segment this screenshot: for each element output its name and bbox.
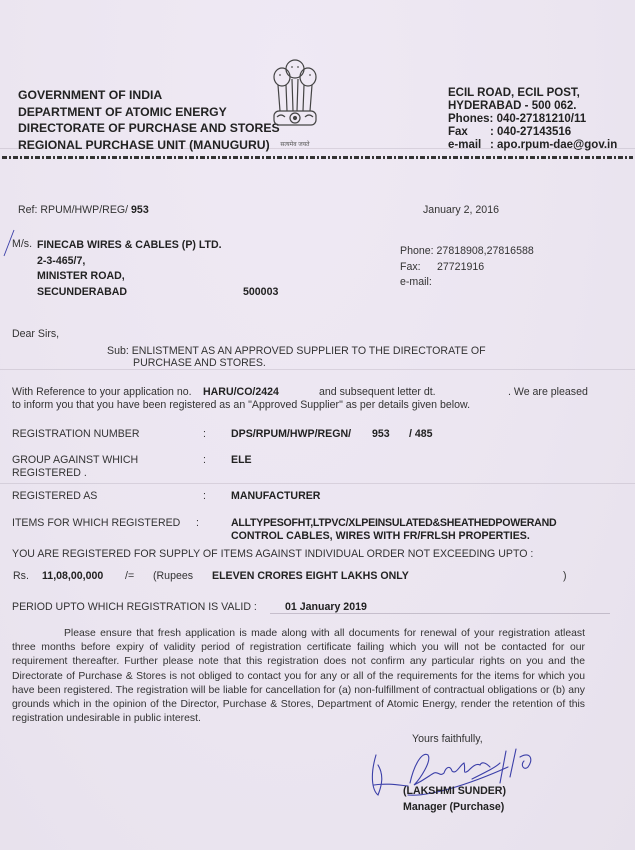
letterhead-divider [2, 156, 633, 159]
phone-value: 27818908,27816588 [437, 245, 534, 257]
org-line-3: DIRECTORATE OF PURCHASE AND STORES [18, 120, 280, 137]
detail-label-registration-number: REGISTRATION NUMBER [12, 428, 140, 440]
group-value: ELE [231, 454, 252, 466]
paper-fold [0, 369, 635, 370]
org-line-4: REGIONAL PURCHASE UNIT (MANUGURU) [18, 137, 280, 154]
ref-label: Ref: RPUM/HWP/REG/ [18, 204, 128, 216]
limit-amount: 11,08,00,000 [42, 570, 103, 582]
detail-colon: : [203, 454, 206, 466]
renewal-terms-paragraph: Please ensure that fresh application is … [12, 627, 585, 726]
fax-line: Fax: 040-27143516 [448, 126, 617, 139]
national-emblem-icon: सत्यमेव जयते [266, 55, 324, 145]
renewal-terms-text: Please ensure that fresh application is … [12, 628, 585, 724]
supply-limit-heading: YOU ARE REGISTERED FOR SUPPLY OF ITEMS A… [12, 548, 533, 560]
registration-number-middle: 953 [372, 428, 390, 440]
application-number: HARU/CO/2424 [203, 386, 279, 398]
recipient-address-2: MINISTER ROAD, [37, 269, 222, 285]
recipient-contact-block: Phone: 27818908,27816588 Fax:27721916 e-… [400, 244, 534, 291]
email-label: e-mail [448, 139, 490, 152]
fax-label: Fax [448, 126, 490, 139]
registered-as-value: MANUFACTURER [231, 490, 320, 502]
valediction: Yours faithfully, [412, 733, 483, 745]
limit-amount-words: ELEVEN CRORES EIGHT LAKHS ONLY [212, 570, 409, 582]
detail-label-items: ITEMS FOR WHICH REGISTERED [12, 517, 180, 529]
recipient-city: SECUNDERABAD [37, 285, 222, 301]
intro-text-2: and subsequent letter dt. [319, 386, 436, 398]
fax-value: 27721916 [437, 261, 484, 273]
emblem-caption: सत्यमेव जयते [266, 140, 324, 148]
intro-text-1: With Reference to your application no. [12, 386, 192, 398]
items-value-line-2: CONTROL CABLES, WIRES WITH FR/FRLSH PROP… [231, 530, 530, 542]
letterhead-org-block: GOVERNMENT OF INDIA DEPARTMENT OF ATOMIC… [18, 87, 280, 153]
detail-colon: : [196, 517, 199, 529]
email-line: e-mail: apo.rpum-dae@gov.in [448, 139, 617, 152]
registration-number-prefix: DPS/RPUM/HWP/REGN/ [231, 428, 351, 440]
intro-text-3: . We are pleased [508, 386, 588, 398]
paper-fold [0, 483, 635, 484]
recipient-fax: Fax:27721916 [400, 260, 534, 276]
email-value: : apo.rpum-dae@gov.in [490, 139, 617, 151]
recipient-prefix: M/s. [4, 238, 32, 250]
phones-value: 040-27181210/11 [497, 113, 587, 125]
pen-mark-icon [2, 228, 16, 258]
address-line-2: HYDERABAD - 500 062. [448, 100, 617, 113]
detail-colon: : [203, 490, 206, 502]
paper-fold [270, 613, 610, 614]
group-label-line-1: GROUP AGAINST WHICH [12, 454, 138, 467]
detail-label-group: GROUP AGAINST WHICH REGISTERED . [12, 454, 138, 479]
detail-colon: : [203, 428, 206, 440]
address-line-1: ECIL ROAD, ECIL POST, [448, 87, 617, 100]
phones-line: Phones: 040-27181210/11 [448, 113, 617, 126]
letterhead-contact-block: ECIL ROAD, ECIL POST, HYDERABAD - 500 06… [448, 87, 617, 152]
recipient-phone: Phone: 27818908,27816588 [400, 244, 534, 260]
recipient-name: FINECAB WIRES & CABLES (P) LTD. [37, 238, 222, 254]
recipient-address-block: FINECAB WIRES & CABLES (P) LTD. 2-3-465/… [37, 238, 222, 300]
recipient-email: e-mail: [400, 275, 534, 291]
fax-label: Fax: [400, 260, 437, 276]
subject-line-1: Sub: ENLISTMENT AS AN APPROVED SUPPLIER … [107, 345, 486, 357]
phones-label: Phones: [448, 113, 493, 125]
phone-label: Phone: [400, 245, 434, 257]
recipient-pin: 500003 [243, 286, 278, 298]
salutation: Dear Sirs, [12, 328, 59, 340]
group-label-line-2: REGISTERED . [12, 467, 138, 480]
rs-label: Rs. [13, 570, 29, 582]
signatory-name: (LAKSHMI SUNDER) [403, 785, 506, 797]
close-paren: ) [563, 570, 567, 582]
ref-number: 953 [131, 204, 149, 216]
reference-line: Ref: RPUM/HWP/REG/ 953 [18, 204, 149, 216]
letter-page: GOVERNMENT OF INDIA DEPARTMENT OF ATOMIC… [0, 0, 635, 850]
limit-amount-suffix: /= [125, 570, 134, 582]
rupees-label: (Rupees [153, 570, 193, 582]
org-line-2: DEPARTMENT OF ATOMIC ENERGY [18, 104, 280, 121]
recipient-address-1: 2-3-465/7, [37, 254, 222, 270]
registration-number-suffix: / 485 [409, 428, 433, 440]
detail-label-registered-as: REGISTERED AS [12, 490, 97, 502]
items-value-line-1: ALLTYPESOFHT,LTPVC/XLPEINSULATED&SHEATHE… [231, 517, 556, 529]
org-line-1: GOVERNMENT OF INDIA [18, 87, 280, 104]
intro-text-line-2: to inform you that you have been registe… [12, 399, 470, 411]
fax-value: : 040-27143516 [490, 126, 571, 138]
subject-line-2: PURCHASE AND STORES. [133, 357, 266, 369]
letter-date: January 2, 2016 [423, 204, 499, 216]
validity-date: 01 January 2019 [285, 601, 367, 613]
validity-label: PERIOD UPTO WHICH REGISTRATION IS VALID … [12, 601, 257, 613]
signatory-designation: Manager (Purchase) [403, 801, 504, 813]
